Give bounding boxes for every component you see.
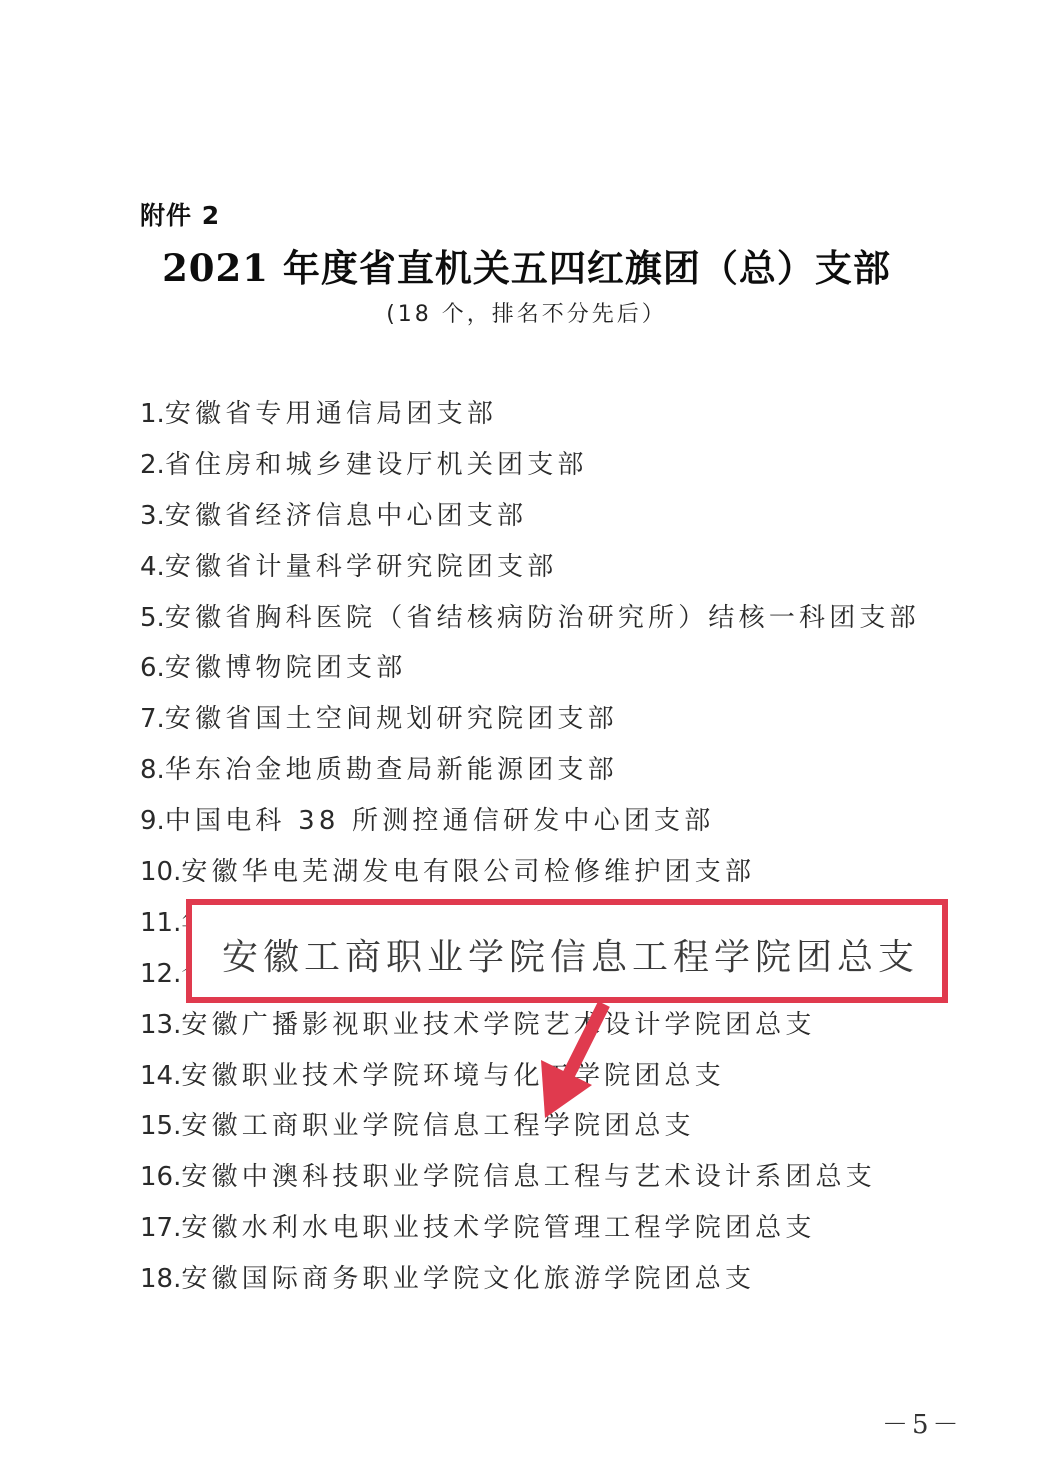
item-text: 安徽省胸科医院（省结核病防治研究所）结核一科团支部 [165,603,920,633]
item-number: 2. [140,450,165,480]
item-text: 安徽省国土空间规划研究院团支部 [165,704,618,734]
item-number: 14. [140,1061,181,1091]
item-number: 18. [140,1264,181,1294]
list-item: 4.安徽省计量科学研究院团支部 [140,549,920,600]
item-text: 安徽水利水电职业技术学院管理工程学院团总支 [181,1213,815,1243]
item-text: 安徽国际商务职业学院文化旅游学院团总支 [181,1264,755,1294]
item-text: 华东冶金地质勘查局新能源团支部 [165,755,618,785]
item-number: 13. [140,1010,181,1040]
list-item: 14.安徽职业技术学院环境与化工学院团总支 [140,1058,920,1109]
attachment-label: 附件 2 [140,196,220,232]
item-number: 7. [140,704,165,734]
item-number: 15. [140,1111,181,1141]
item-text: 安徽广播影视职业技术学院艺术设计学院团总支 [181,1010,815,1040]
list-item: 2.省住房和城乡建设厅机关团支部 [140,447,920,498]
list-item: 18.安徽国际商务职业学院文化旅游学院团总支 [140,1261,920,1312]
item-text: 安徽职业技术学院环境与化工学院团总支 [181,1061,725,1091]
list-item-highlighted: 15.安徽工商职业学院信息工程学院团总支 [140,1108,920,1159]
item-number: 4. [140,552,165,582]
item-number: 10. [140,857,181,887]
item-text: 安徽华电芜湖发电有限公司检修维护团支部 [181,857,755,887]
item-text: 安徽省专用通信局团支部 [165,399,497,429]
item-text: 安徽工商职业学院信息工程学院团总支 [181,1111,694,1141]
list-item: 8.华东冶金地质勘查局新能源团支部 [140,752,920,803]
item-number: 16. [140,1162,181,1192]
list-item: 10.安徽华电芜湖发电有限公司检修维护团支部 [140,854,920,905]
page-subtitle: (18 个，排名不分先后） [0,297,1053,328]
honoree-list: 1.安徽省专用通信局团支部 2.省住房和城乡建设厅机关团支部 3.安徽省经济信息… [140,396,920,1312]
item-number: 12. [140,959,181,989]
list-item: 6.安徽博物院团支部 [140,650,920,701]
item-number: 1. [140,399,165,429]
list-item: 3.安徽省经济信息中心团支部 [140,498,920,549]
page-number: －5－ [882,1404,963,1441]
item-number: 5. [140,603,165,633]
item-text: 安徽博物院团支部 [165,653,407,683]
callout-text: 安徽工商职业学院信息工程学院团总支 [222,929,919,980]
item-number: 11. [140,908,181,938]
list-item: 7.安徽省国土空间规划研究院团支部 [140,701,920,752]
list-item: 5.安徽省胸科医院（省结核病防治研究所）结核一科团支部 [140,600,920,651]
item-number: 8. [140,755,165,785]
item-number: 9. [140,806,165,836]
item-text: 安徽省经济信息中心团支部 [165,501,527,531]
item-number: 3. [140,501,165,531]
item-text: 省住房和城乡建设厅机关团支部 [165,450,588,480]
item-number: 6. [140,653,165,683]
item-text: 安徽省计量科学研究院团支部 [165,552,558,582]
page-title: 2021 年度省直机关五四红旗团（总）支部 [0,238,1053,292]
highlight-callout-box: 安徽工商职业学院信息工程学院团总支 [186,899,948,1003]
list-item: 16.安徽中澳科技职业学院信息工程与艺术设计系团总支 [140,1159,920,1210]
list-item: 1.安徽省专用通信局团支部 [140,396,920,447]
item-text: 中国电科 38 所测控通信研发中心团支部 [165,806,715,836]
list-item: 13.安徽广播影视职业技术学院艺术设计学院团总支 [140,1007,920,1058]
item-text: 安徽中澳科技职业学院信息工程与艺术设计系团总支 [181,1162,876,1192]
list-item: 9.中国电科 38 所测控通信研发中心团支部 [140,803,920,854]
list-item: 17.安徽水利水电职业技术学院管理工程学院团总支 [140,1210,920,1261]
item-number: 17. [140,1213,181,1243]
